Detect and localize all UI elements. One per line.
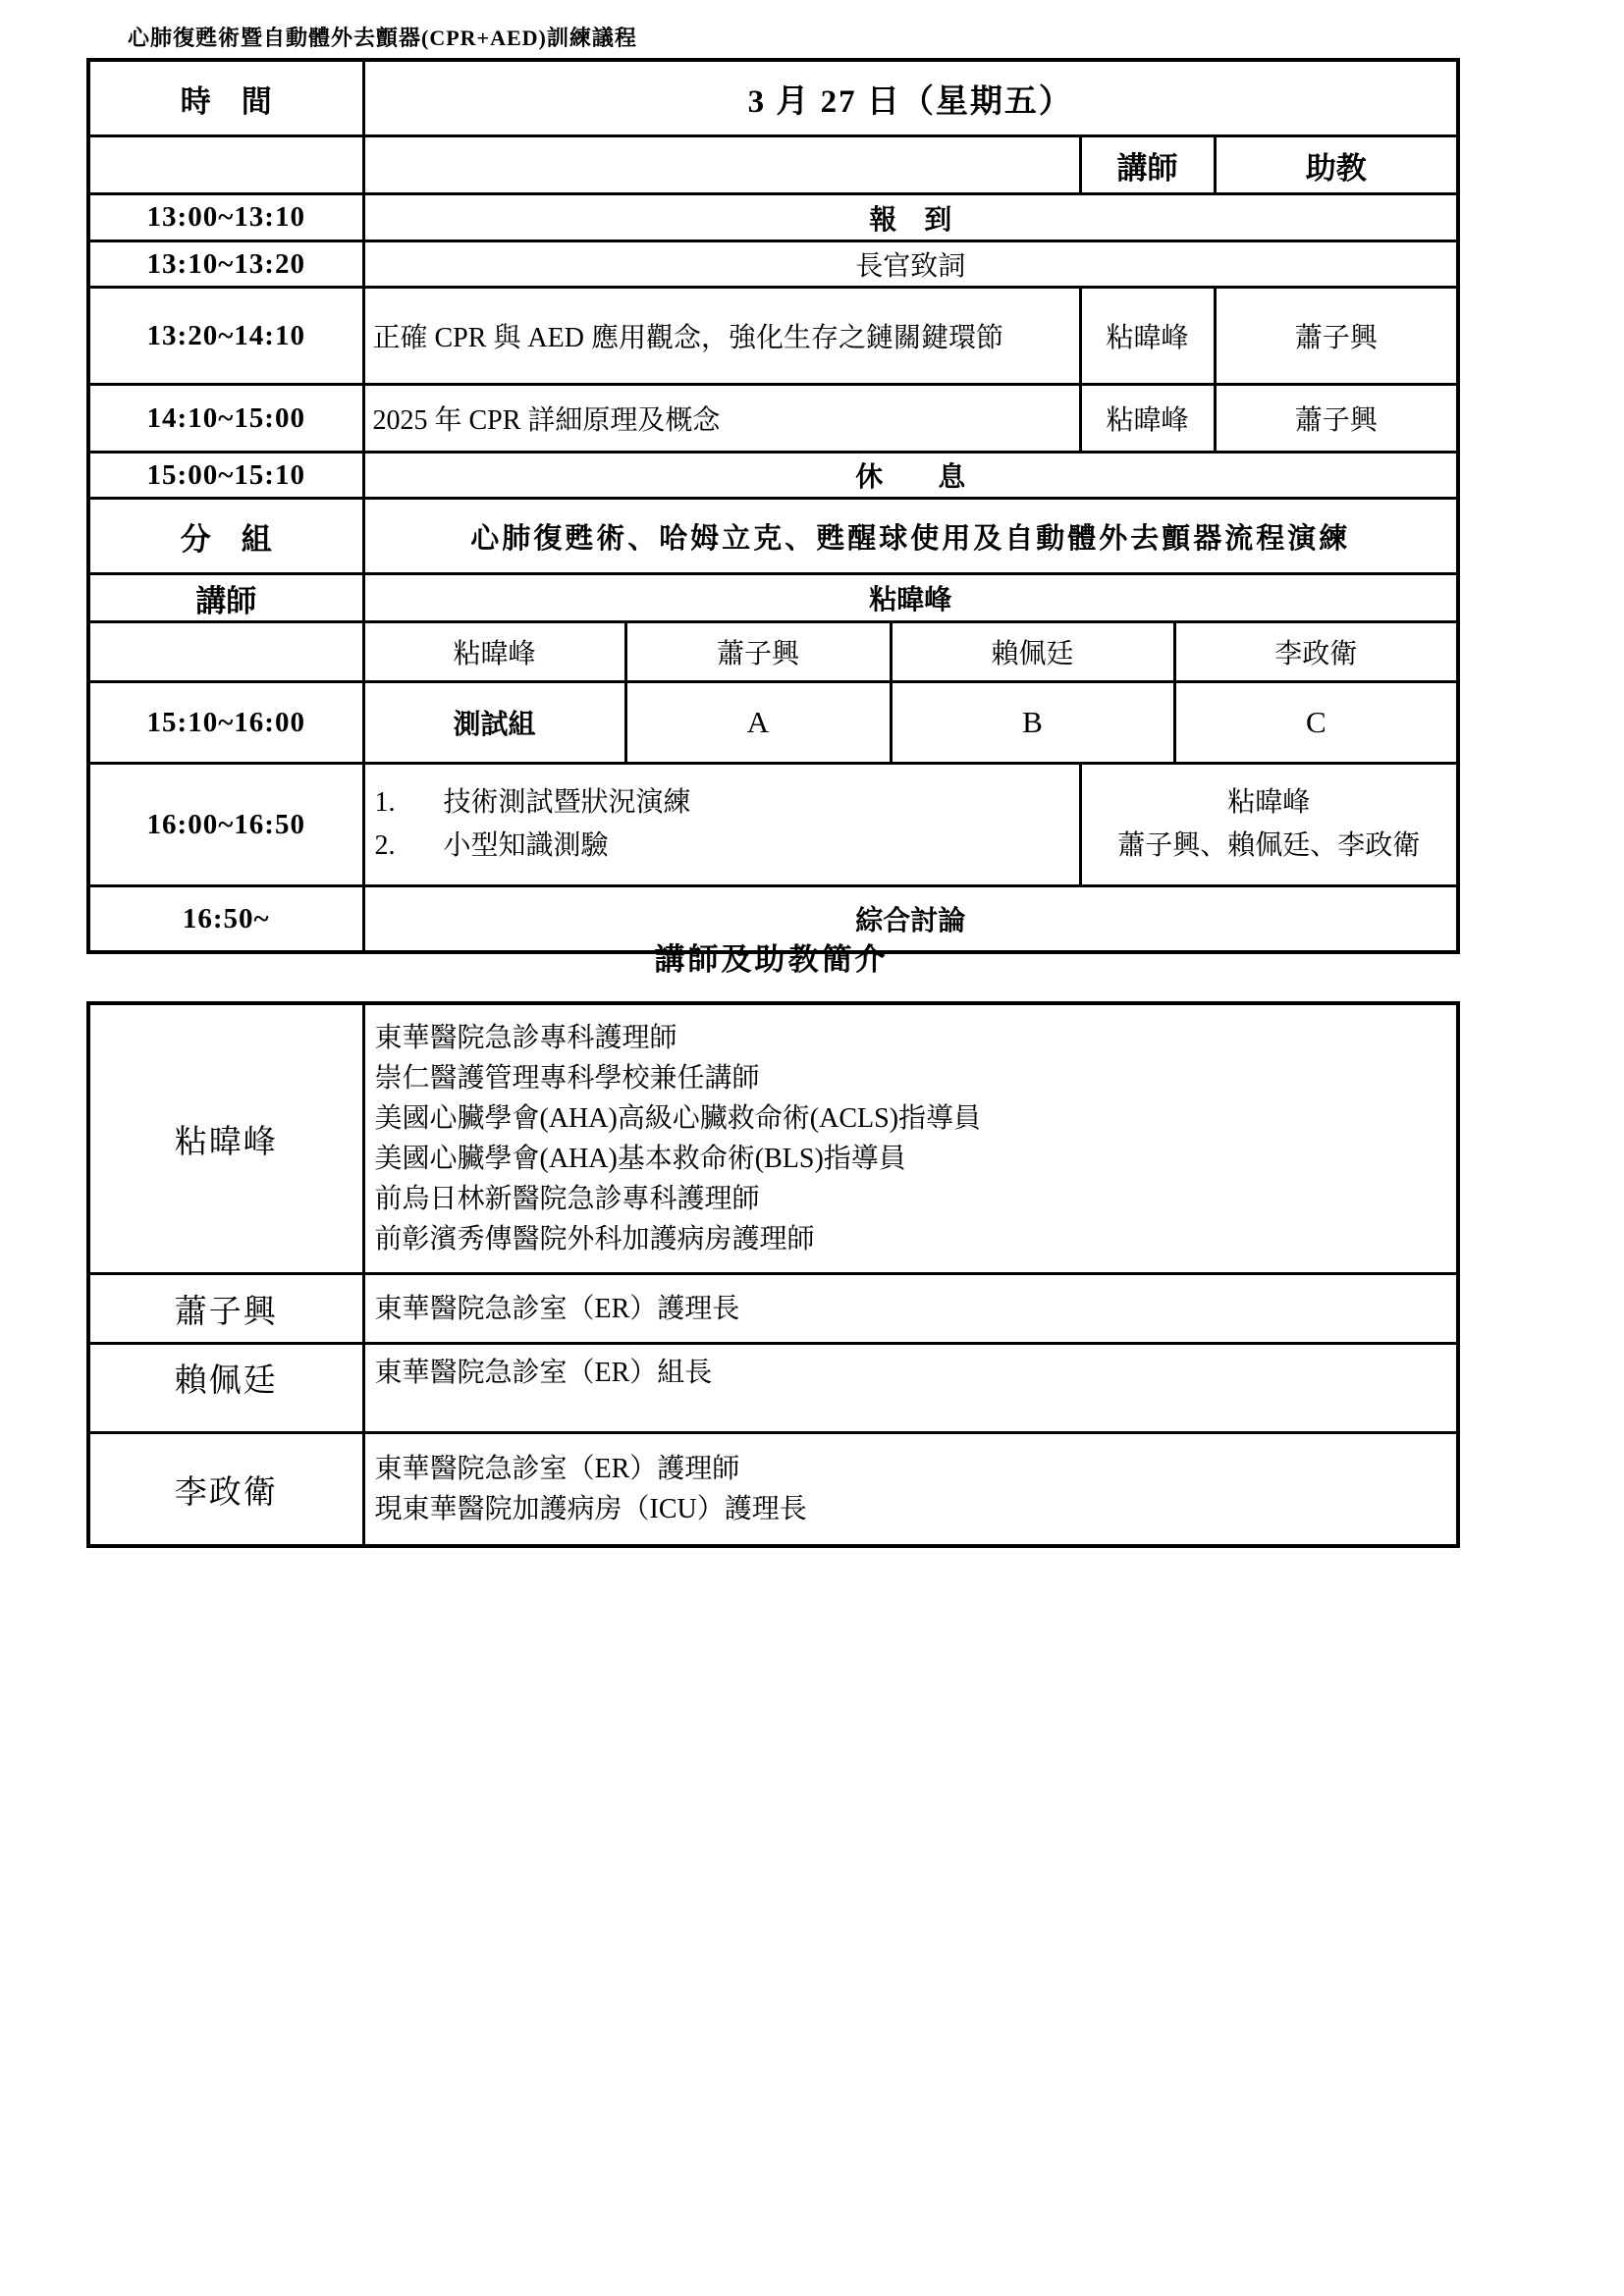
time-cell: 13:10~13:20 [88,241,363,288]
list-item-text: 技術測試暨狀況演練 [444,781,691,825]
bio-line: 東華醫院急診室（ER）護理長 [375,1289,1447,1329]
grouping-label-cell: 分 組 [88,499,363,574]
group-b-cell: B [891,682,1174,764]
leader-cell: 粘暐峰 [363,622,625,682]
group-c-cell: C [1174,682,1458,764]
person-name-cell: 賴佩廷 [88,1344,363,1433]
bio-line: 前烏日林新醫院急診專科護理師 [375,1179,1447,1219]
person-bio-cell: 東華醫院急診專科護理師 崇仁醫護管理專科學校兼任講師 美國心臟學會(AHA)高級… [363,1003,1458,1274]
list-item: 2. 小型知識測驗 [365,825,1079,868]
bio-line: 美國心臟學會(AHA)基本救命術(BLS)指導員 [375,1139,1447,1179]
activity-cell: 長官致詞 [363,241,1458,288]
table-row: 16:00~16:50 1. 技術測試暨狀況演練 2. 小型知識測驗 粘暐峰 蕭… [88,764,1458,886]
activity-list-cell: 1. 技術測試暨狀況演練 2. 小型知識測驗 [363,764,1080,886]
time-cell: 16:00~16:50 [88,764,363,886]
bio-line: 美國心臟學會(AHA)高級心臟救命術(ACLS)指導員 [375,1098,1447,1139]
table-row: 講師 粘暐峰 [88,574,1458,622]
time-cell: 15:10~16:00 [88,682,363,764]
bio-line: 東華醫院急診專科護理師 [375,1018,1447,1058]
instructor-name-cell: 粘暐峰 [363,574,1458,622]
date-header-cell: 3 月 27 日（星期五） [363,60,1458,136]
table-row: 李政衛 東華醫院急診室（ER）護理師 現東華醫院加護病房（ICU）護理長 [88,1433,1458,1547]
activity-cell: 報 到 [363,194,1458,241]
time-cell: 15:00~15:10 [88,453,363,499]
table-row: 14:10~15:00 2025 年 CPR 詳細原理及概念 粘暐峰 蕭子興 [88,385,1458,453]
intro-table: 粘暐峰 東華醫院急診專科護理師 崇仁醫護管理專科學校兼任講師 美國心臟學會(AH… [86,1001,1460,1548]
document-title: 心肺復甦術暨自動體外去顫器(CPR+AED)訓練議程 [128,22,637,52]
leader-cell: 蕭子興 [625,622,891,682]
table-row: 13:20~14:10 正確 CPR 與 AED 應用觀念，強化生存之鏈關鍵環節… [88,288,1458,385]
assistant-cell: 蕭子興 [1215,288,1458,385]
time-header-cell: 時 間 [88,60,363,136]
empty-cell [88,622,363,682]
intro-section-title: 講師及助教簡介 [86,934,1456,979]
assistant-cell: 蕭子興 [1215,385,1458,453]
assistant-header-cell: 助教 [1215,136,1458,194]
activity-cell: 休 息 [363,453,1458,499]
table-row: 13:00~13:10 報 到 [88,194,1458,241]
list-item-text: 小型知識測驗 [444,825,609,868]
person-name-cell: 李政衛 [88,1433,363,1547]
person-name-cell: 粘暐峰 [88,1003,363,1274]
person-bio-cell: 東華醫院急診室（ER）護理長 [363,1274,1458,1344]
instructor-cell: 粘暐峰 [1080,385,1215,453]
table-row: 講師 助教 [88,136,1458,194]
person-bio-cell: 東華醫院急診室（ER）組長 [363,1344,1458,1433]
activity-cell: 正確 CPR 與 AED 應用觀念，強化生存之鏈關鍵環節 [363,288,1080,385]
table-row: 粘暐峰 東華醫院急診專科護理師 崇仁醫護管理專科學校兼任講師 美國心臟學會(AH… [88,1003,1458,1274]
bio-line: 崇仁醫護管理專科學校兼任講師 [375,1058,1447,1098]
table-row: 蕭子興 東華醫院急診室（ER）護理長 [88,1274,1458,1344]
list-item: 1. 技術測試暨狀況演練 [365,781,1079,825]
staff-line: 蕭子興、賴佩廷、李政衛 [1082,825,1457,868]
schedule-table: 時 間 3 月 27 日（星期五） 講師 助教 13:00~13:10 報 到 … [86,58,1460,954]
activity-cell: 2025 年 CPR 詳細原理及概念 [363,385,1080,453]
test-group-label-cell: 測試組 [363,682,625,764]
table-row: 15:00~15:10 休 息 [88,453,1458,499]
staff-cell: 粘暐峰 蕭子興、賴佩廷、李政衛 [1080,764,1458,886]
person-bio-cell: 東華醫院急診室（ER）護理師 現東華醫院加護病房（ICU）護理長 [363,1433,1458,1547]
table-row: 時 間 3 月 27 日（星期五） [88,60,1458,136]
activity-cell: 心肺復甦術、哈姆立克、甦醒球使用及自動體外去顫器流程演練 [363,499,1458,574]
leader-cell: 賴佩廷 [891,622,1174,682]
instructor-cell: 粘暐峰 [1080,288,1215,385]
list-item-number: 2. [365,825,444,868]
table-row: 15:10~16:00 測試組 A B C [88,682,1458,764]
bio-line: 東華醫院急診室（ER）護理師 [375,1449,1447,1489]
instructor-header-cell: 講師 [1080,136,1215,194]
bio-line: 東華醫院急診室（ER）組長 [375,1353,1447,1393]
empty-cell [363,136,1080,194]
document-page: 心肺復甦術暨自動體外去顫器(CPR+AED)訓練議程 時 間 3 月 27 日（… [0,0,1624,2296]
table-row: 13:10~13:20 長官致詞 [88,241,1458,288]
empty-cell [88,136,363,194]
list-item-number: 1. [365,781,444,825]
person-name-cell: 蕭子興 [88,1274,363,1344]
bio-line: 前彰濱秀傳醫院外科加護病房護理師 [375,1219,1447,1259]
table-row: 賴佩廷 東華醫院急診室（ER）組長 [88,1344,1458,1433]
leader-cell: 李政衛 [1174,622,1458,682]
instructor-label-cell: 講師 [88,574,363,622]
group-a-cell: A [625,682,891,764]
time-cell: 13:20~14:10 [88,288,363,385]
staff-line: 粘暐峰 [1082,781,1457,825]
bio-line: 現東華醫院加護病房（ICU）護理長 [375,1489,1447,1529]
table-row: 粘暐峰 蕭子興 賴佩廷 李政衛 [88,622,1458,682]
table-row: 分 組 心肺復甦術、哈姆立克、甦醒球使用及自動體外去顫器流程演練 [88,499,1458,574]
time-cell: 14:10~15:00 [88,385,363,453]
time-cell: 13:00~13:10 [88,194,363,241]
